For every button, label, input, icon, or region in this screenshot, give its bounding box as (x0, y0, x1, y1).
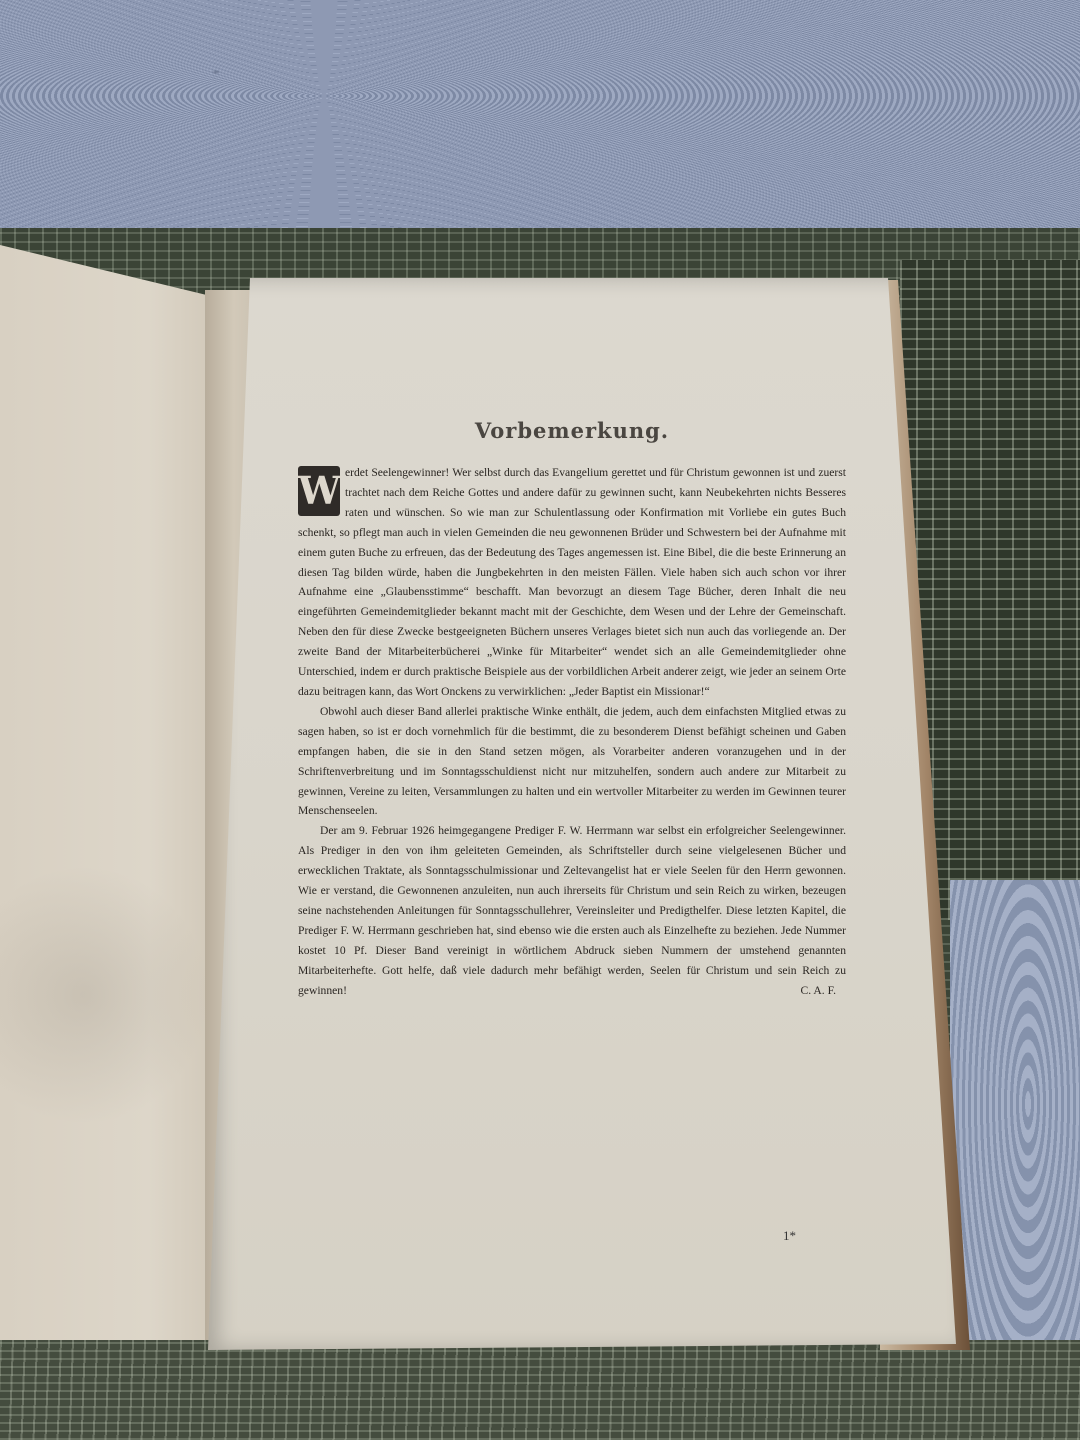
sofa-seat-front (0, 1340, 1080, 1440)
paragraph-3: Der am 9. Februar 1926 heimgegangene Pre… (298, 821, 846, 1000)
page-fold-shadow (0, 865, 210, 1125)
page-title: Vorbemerkung. (298, 418, 846, 443)
paragraph-1-text: erdet Seelengewinner! Wer selbst durch d… (298, 466, 846, 698)
blue-fleece-blanket (0, 0, 1080, 240)
right-page: Vorbemerkung. Werdet Seelengewinner! Wer… (208, 278, 956, 1350)
page-number: 1* (783, 1228, 796, 1244)
author-signature: C. A. F. (779, 981, 836, 1001)
paragraph-1: Werdet Seelengewinner! Wer selbst durch … (298, 463, 846, 702)
page-content: Vorbemerkung. Werdet Seelengewinner! Wer… (298, 418, 846, 1000)
decorative-initial: W (298, 466, 340, 516)
paragraph-3-text: Der am 9. Februar 1926 heimgegangene Pre… (298, 824, 846, 996)
paragraph-2: Obwohl auch dieser Band allerlei praktis… (298, 702, 846, 821)
